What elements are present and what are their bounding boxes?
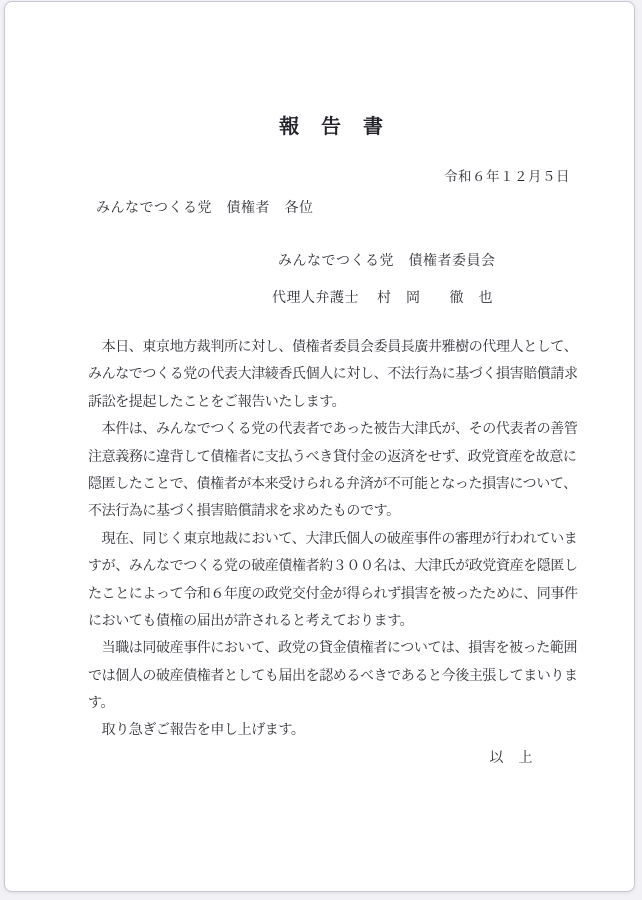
body-line: 本日、東京地方裁判所に対し、債権者委員会委員長廣井雅樹の代理人として、 (88, 334, 580, 361)
report-date: 令和６年１２月５日 (444, 165, 570, 185)
body-line: では個人の破産債権者としても届出を認めるべきであると今後主張してまいりま (88, 663, 580, 690)
body-line: 注意義務に違背して債権者に支払うべき貸付金の返済をせず、政党資産を故意に (88, 444, 580, 471)
body-line: すが、みんなでつくる党の破産債権者約３００名は、大津氏が政党資産を隠匿し (88, 553, 580, 580)
addressee-line: みんなでつくる党 債権者 各位 (96, 197, 314, 217)
body-line: たことによって令和６年度の政党交付金が得られず損害を被ったために、同事件 (88, 581, 580, 608)
body-line: 不法行為に基づく損害賠償請求を求めたものです。 (88, 498, 580, 525)
report-title: 報 告 書 (89, 110, 574, 139)
paragraph: 現在、同じく東京地裁において、大津氏個人の破産事件の審理が行われていま すが、み… (88, 526, 580, 636)
body-line: す。 (88, 690, 580, 717)
sender-organization: みんなでつくる党 債権者委員会 (278, 250, 496, 270)
body-line: 本件は、みんなでつくる党の代表者であった被告大津氏が、その代表者の善管 (88, 416, 580, 443)
body-line: 現在、同じく東京地裁において、大津氏個人の破産事件の審理が行われていま (88, 526, 580, 553)
paragraph: 取り急ぎご報告を申し上げます。 (88, 717, 580, 744)
paragraph: 本件は、みんなでつくる党の代表者であった被告大津氏が、その代表者の善管 注意義務… (88, 416, 580, 526)
body-line: みんなでつくる党の代表大津綾香氏個人に対し、不法行為に基づく損害賠償請求 (88, 361, 580, 388)
body-line: 当職は同破産事件において、政党の貸金債権者については、損害を被った範囲 (88, 635, 580, 662)
paragraph: 本日、東京地方裁判所に対し、債権者委員会委員長廣井雅樹の代理人として、 みんなで… (88, 334, 580, 416)
body-line: 隠匿したことで、債権者が本来受けられる弁済が不可能となった損害について、 (88, 471, 580, 498)
attorney-name: 村 岡 徹 也 (377, 287, 493, 307)
sender-attorney-line: 代理人弁護士 村 岡 徹 也 (272, 287, 493, 307)
screenshot-root: { "colors": { "page_background": "#fffff… (0, 0, 642, 900)
document-page: 報 告 書 令和６年１２月５日 みんなでつくる党 債権者 各位 みんなでつくる党… (4, 1, 635, 892)
body-line: 取り急ぎご報告を申し上げます。 (88, 717, 580, 744)
body-line: 訴訟を提起したことをご報告いたします。 (88, 389, 580, 416)
attorney-role-label: 代理人弁護士 (272, 287, 359, 307)
body-line: においても債権の届出が許されると考えております。 (88, 608, 580, 635)
report-body: 本日、東京地方裁判所に対し、債権者委員会委員長廣井雅樹の代理人として、 みんなで… (88, 334, 580, 772)
paragraph: 当職は同破産事件において、政党の貸金債権者については、損害を被った範囲 では個人… (88, 635, 580, 717)
closing-line: 以 上 (88, 745, 580, 772)
